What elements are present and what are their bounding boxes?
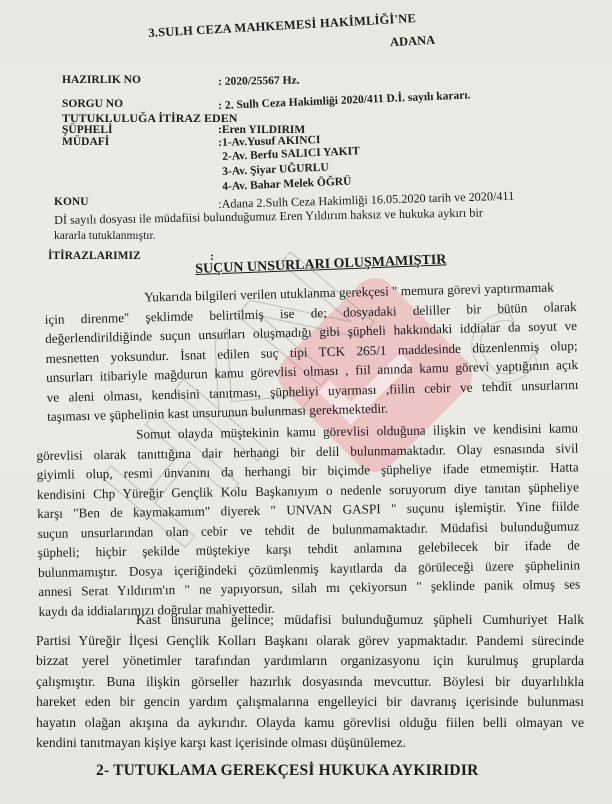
konu-line-3: kararla tutuklanmıştır. bbox=[54, 228, 156, 246]
konu-label: KONU bbox=[54, 196, 89, 208]
hazirlik-value: : 2020/25567 Hz. bbox=[218, 75, 300, 88]
paragraph-1: Yukarıda bilgileri verilen utuklanma ger… bbox=[44, 277, 579, 426]
mudafi-label: MÜDAFİ bbox=[62, 136, 109, 148]
document-page: HKN C 3.SULH CEZA MAHKEMESİ HAKİMLİĞİ'NE… bbox=[0, 0, 612, 804]
paragraph-line: hareket eden bir gencin yardım çalışmala… bbox=[36, 692, 584, 713]
supheli-label: ŞÜPHELİ bbox=[62, 124, 113, 136]
court-city: ADANA bbox=[390, 33, 436, 50]
mudafi-value-4: 4-Av. Bahar Melek ÖĞRÜ bbox=[222, 176, 352, 193]
paragraph-line: kendini tanıtmayan kişiye karşı kast içe… bbox=[36, 733, 584, 754]
section-2-heading: 2- TUTUKLAMA GEREKÇESİ HUKUKA AYKIRIDIR bbox=[96, 762, 478, 780]
sorgu-label: SORGU NO bbox=[62, 98, 123, 110]
court-title: 3.SULH CEZA MAHKEMESİ HAKİMLİĞİ'NE bbox=[148, 11, 416, 41]
konu-line-2: Dİ sayılı dosyası ile müdafiisi bulunduğ… bbox=[54, 205, 483, 230]
sorgu-value: : 2. Sulh Ceza Hakimliği 2020/411 D.İ. s… bbox=[218, 89, 471, 112]
hazirlik-label: HAZIRLIK NO bbox=[62, 74, 141, 86]
paragraph-line: çalışmıştır. Buna ilişkin görseller hazı… bbox=[36, 672, 584, 693]
paragraph-line: hayatın olağan akışına da aykırıdır. Ola… bbox=[36, 713, 584, 734]
paragraph-line: bizzat yerel yönetimler tarafından yardı… bbox=[36, 651, 584, 672]
mudafi-value-3: 3-Av. Şiyar UĞURLU bbox=[222, 162, 329, 178]
itirazlar-label: İTİRAZLARIMIZ bbox=[48, 250, 141, 262]
paragraph-line: Partisi Yüreğir İlçesi Gençlik Kolları B… bbox=[36, 631, 584, 652]
paragraph-2: Somut olayda müştekinin kamu görevlisi o… bbox=[36, 418, 581, 621]
paragraph-3: Kast unsuruna gelince; müdafisi bulunduğ… bbox=[36, 610, 584, 754]
paragraph-line: Kast unsuruna gelince; müdafisi bulunduğ… bbox=[36, 610, 584, 631]
